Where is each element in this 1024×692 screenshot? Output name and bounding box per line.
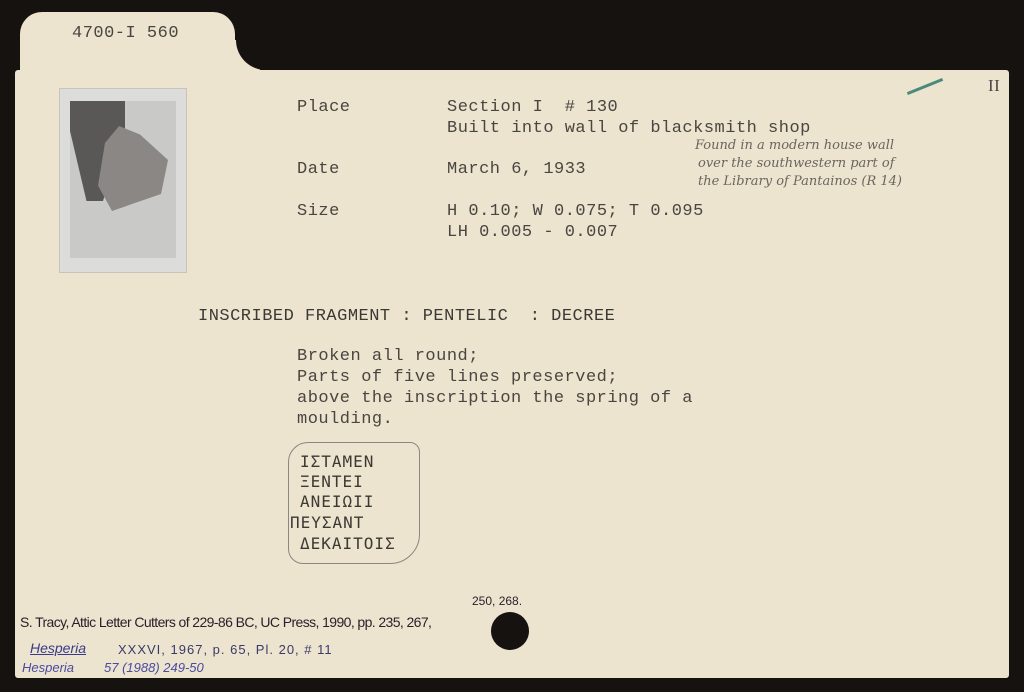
description-line: Parts of five lines preserved; xyxy=(297,368,618,387)
punch-hole xyxy=(491,612,529,650)
date-label: Date xyxy=(297,160,340,179)
tab-curve-mask xyxy=(236,10,296,70)
handwritten-note-1: Found in a modern house wall xyxy=(695,138,894,153)
reference-hesperia-2-value: 57 (1988) 249-50 xyxy=(104,660,204,675)
corner-mark: II xyxy=(988,76,1000,96)
reference-hesperia-1-value: XXXVI, 1967, p. 65, Pl. 20, # 11 xyxy=(118,642,333,657)
greek-line: ΙΣΤΑΜΕΝ xyxy=(300,452,374,471)
handwritten-note-3: the Library of Pantainos (R 14) xyxy=(698,174,902,189)
fragment-photo xyxy=(59,88,187,273)
greek-line: ΠΕΥΣΑΝΤ xyxy=(290,513,364,532)
catalog-number: 4700-I 560 xyxy=(72,24,179,43)
description-line: above the inscription the spring of a xyxy=(297,389,693,408)
size-label: Size xyxy=(297,202,340,221)
reference-hesperia-1-label: Hesperia xyxy=(30,640,86,656)
inscription-title: INSCRIBED FRAGMENT : PENTELIC : DECREE xyxy=(198,307,615,326)
place-value: Section I # 130 xyxy=(447,98,618,117)
description-line: Broken all round; xyxy=(297,347,479,366)
place-detail: Built into wall of blacksmith shop xyxy=(447,119,811,138)
place-label: Place xyxy=(297,98,351,117)
size-value: H 0.10; W 0.075; T 0.095 xyxy=(447,202,704,221)
greek-line: ΑΝΕΙΩΙΙ xyxy=(300,492,374,511)
reference-tracy-extra: 250, 268. xyxy=(472,594,522,608)
letter-height-value: LH 0.005 - 0.007 xyxy=(447,223,618,242)
date-value: March 6, 1933 xyxy=(447,160,586,179)
reference-hesperia-2-label: Hesperia xyxy=(22,660,74,675)
reference-tracy: S. Tracy, Attic Letter Cutters of 229-86… xyxy=(20,614,431,630)
handwritten-note-2: over the southwestern part of xyxy=(698,156,895,171)
greek-line: ΔΕΚΑΙΤΟΙΣ xyxy=(300,534,396,553)
greek-line: ΞΕΝΤΕΙ xyxy=(300,472,364,491)
description-line: moulding. xyxy=(297,410,393,429)
